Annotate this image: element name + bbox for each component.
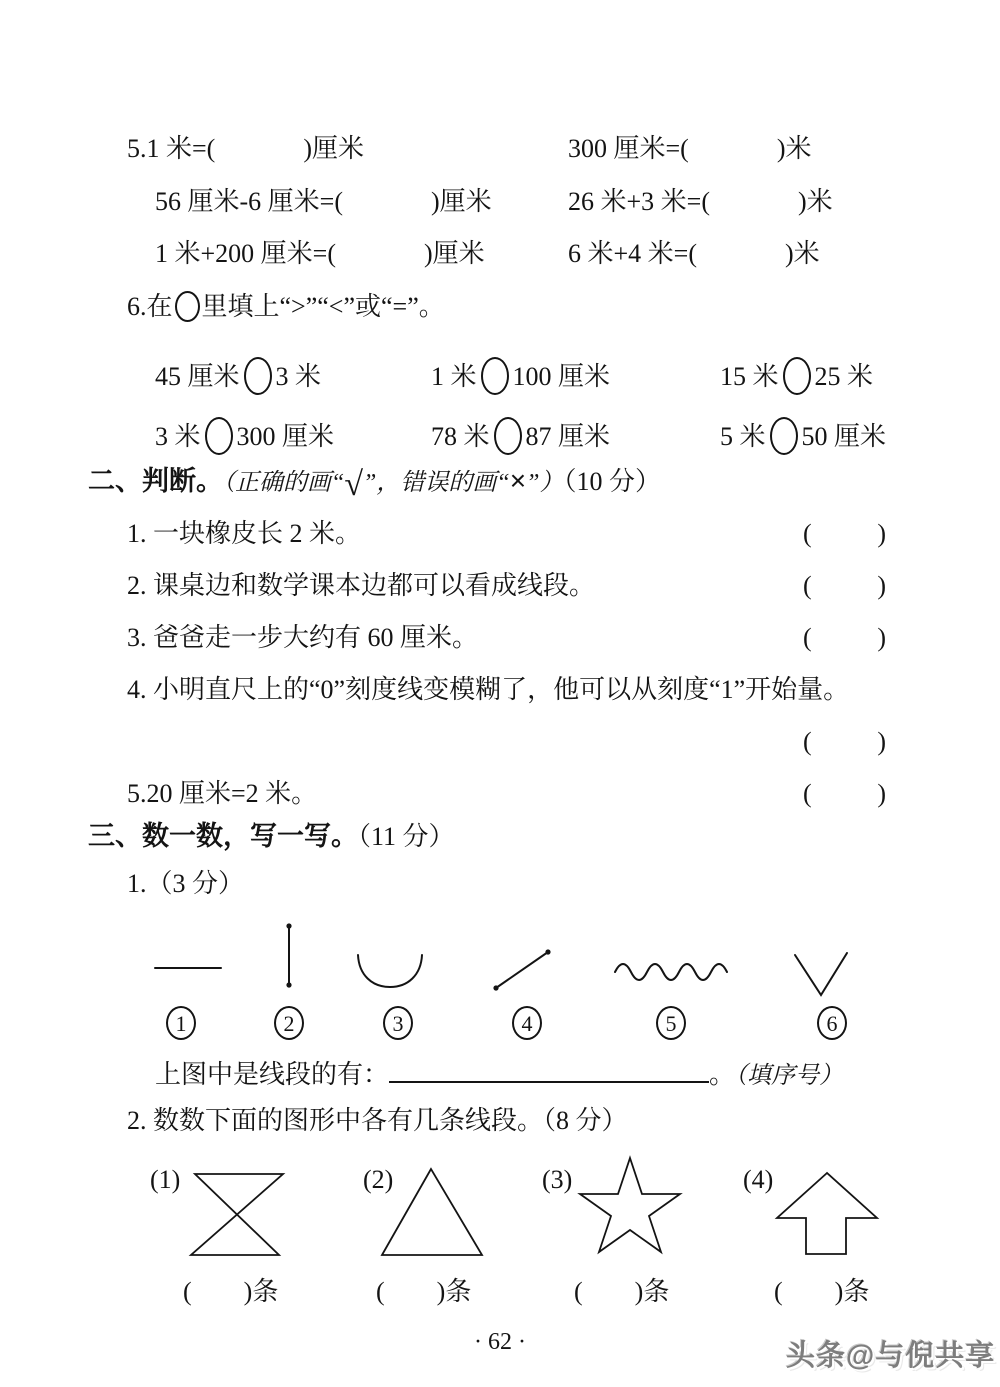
paren-close: ): [877, 570, 886, 603]
section2-note-p1: （正确的画“: [223, 470, 344, 496]
vertical-segment-figure: [286, 923, 291, 987]
q6-r2c1: 3 米300 厘米: [155, 417, 334, 455]
q5-row2-right: 26 米+3 米=()米: [568, 186, 833, 219]
slanted-segment-figure: [493, 949, 550, 990]
circled-number-3: 3: [383, 1006, 413, 1040]
count-q1-label: 1.（3 分）: [127, 868, 244, 901]
unit-label: 条: [843, 1277, 869, 1306]
q5-row3-left-pre: 1 米+200 厘米=(: [155, 239, 336, 268]
q5-row1-right-post: )米: [777, 134, 812, 163]
q6-r1c2-right: 100 厘米: [513, 362, 611, 391]
q5-row1-left: 5.1 米=()厘米: [127, 133, 364, 166]
paren-open: (: [803, 518, 812, 551]
judge-answer-slot-3: (): [803, 622, 886, 655]
section3-title: 三、数一数，写一写。: [88, 821, 358, 851]
q6-heading: 6.在里填上“>”“<”或“=”。: [127, 291, 445, 324]
line-figures-strip: [140, 913, 900, 1003]
judge-item-4: 4. 小明直尺上的“0”刻度线变模糊了，他可以从刻度“1”开始量。: [127, 674, 849, 707]
section3-heading: 三、数一数，写一写。（11 分）: [88, 820, 455, 854]
q6-heading-post: 里填上“>”“<”或“=”。: [202, 292, 445, 321]
paren-open: (: [803, 726, 812, 759]
judge-answer-slot-5: (): [803, 778, 886, 811]
answer-prompt: 上图中是线段的有：: [155, 1060, 389, 1089]
section2-note-p3: ”）: [526, 470, 563, 496]
q6-r1c3: 15 米25 米: [720, 357, 873, 395]
q6-r1c2: 1 米100 厘米: [431, 357, 610, 395]
segment-count-slot-3: ()条: [574, 1276, 669, 1309]
answer-blank-underline: [389, 1055, 709, 1083]
q5-row1-right: 300 厘米=()米: [568, 133, 812, 166]
compare-circle-icon: [244, 357, 272, 395]
paren-open: (: [574, 1277, 583, 1306]
q6-r2c2-right: 87 厘米: [526, 422, 611, 451]
judge-item-3: 3. 爸爸走一步大约有 60 厘米。: [127, 622, 478, 655]
paren-open: (: [803, 570, 812, 603]
section2-score: （10 分）: [563, 467, 661, 496]
q6-r2c3-left: 5 米: [720, 422, 766, 451]
compare-circle-icon: [783, 357, 811, 395]
q6-r1c1: 45 厘米3 米: [155, 357, 321, 395]
hourglass-shape: [191, 1174, 283, 1255]
q6-r1c1-left: 45 厘米: [155, 362, 240, 391]
paren-open: (: [803, 778, 812, 811]
check-mark-icon: √: [344, 466, 363, 503]
count-q1-answer-line: 上图中是线段的有：。（填序号）: [155, 1055, 843, 1092]
count-q2-label: 2. 数数下面的图形中各有几条线段。（8 分）: [127, 1105, 628, 1138]
paren-close: ): [877, 622, 886, 655]
segment-count-slot-2: ()条: [376, 1276, 471, 1309]
compare-circle-icon: [205, 417, 233, 455]
q5-row1-left-pre: 5.1 米=(: [127, 134, 215, 163]
cross-mark-icon: ×: [510, 465, 526, 496]
star-shape: [580, 1158, 680, 1252]
q5-row2-right-post: )米: [798, 187, 833, 216]
q6-r1c3-left: 15 米: [720, 362, 779, 391]
q5-row3-right-pre: 6 米+4 米=(: [568, 239, 697, 268]
segment-count-slot-1: ()条: [183, 1276, 278, 1309]
q5-row3-left: 1 米+200 厘米=()厘米: [155, 238, 485, 271]
paren-close: ): [877, 726, 886, 759]
circled-number-6: 6: [817, 1006, 847, 1040]
q6-r2c2: 78 米87 厘米: [431, 417, 610, 455]
arc-curve-figure: [358, 955, 422, 987]
compare-circle-icon: [770, 417, 798, 455]
paren-close: ): [877, 778, 886, 811]
q6-r1c2-left: 1 米: [431, 362, 477, 391]
segment-count-slot-4: ()条: [774, 1276, 869, 1309]
shapes-strip: [140, 1155, 900, 1260]
paren-close: ): [877, 518, 886, 551]
answer-period: 。: [709, 1060, 735, 1089]
q5-row2-left-post: )厘米: [431, 187, 492, 216]
circled-number-1: 1: [166, 1006, 196, 1040]
judge-item-5: 5.20 厘米=2 米。: [127, 778, 317, 811]
circled-number-4: 4: [512, 1006, 542, 1040]
paren-open: (: [774, 1277, 783, 1306]
q6-r1c1-right: 3 米: [276, 362, 322, 391]
watermark: 头条@与倪共享: [786, 1338, 995, 1374]
answer-note: （填序号）: [735, 1063, 843, 1089]
compare-circle-icon: [481, 357, 509, 395]
judge-item-1: 1. 一块橡皮长 2 米。: [127, 518, 361, 551]
section3-score: （11 分）: [358, 822, 455, 851]
unit-label: 条: [643, 1277, 669, 1306]
paren-open: (: [376, 1277, 385, 1306]
unit-label: 条: [445, 1277, 471, 1306]
triangle-shape: [382, 1169, 482, 1255]
q5-row2-right-pre: 26 米+3 米=(: [568, 187, 710, 216]
q5-row1-right-pre: 300 厘米=(: [568, 134, 689, 163]
arrow-up-shape: [777, 1173, 877, 1254]
q5-row3-right: 6 米+4 米=()米: [568, 238, 820, 271]
q6-r2c1-left: 3 米: [155, 422, 201, 451]
q6-r2c1-right: 300 厘米: [237, 422, 335, 451]
q5-row2-left-pre: 56 厘米-6 厘米=(: [155, 187, 343, 216]
q6-r1c3-right: 25 米: [815, 362, 874, 391]
q6-r2c3-right: 50 厘米: [802, 422, 887, 451]
paren-open: (: [183, 1277, 192, 1306]
q6-heading-pre: 6.在: [127, 292, 173, 321]
unit-label: 条: [252, 1277, 278, 1306]
section2-heading: 二、判断。（正确的画“√”，错误的画“×”）（10 分）: [88, 463, 661, 502]
compare-circle-icon: [494, 417, 522, 455]
q6-r2c2-left: 78 米: [431, 422, 490, 451]
paren-open: (: [803, 622, 812, 655]
judge-answer-slot-4: (): [803, 726, 886, 759]
q5-row2-left: 56 厘米-6 厘米=()厘米: [155, 186, 492, 219]
q6-r2c3: 5 米50 厘米: [720, 417, 886, 455]
section2-note-p2: ”，错误的画“: [363, 470, 510, 496]
judge-answer-slot-2: (): [803, 570, 886, 603]
v-shape-figure: [795, 953, 847, 995]
q5-row1-left-post: )厘米: [303, 134, 364, 163]
q5-row3-right-post: )米: [785, 239, 820, 268]
judge-item-2: 2. 课桌边和数学课本边都可以看成线段。: [127, 570, 595, 603]
compare-circle-icon: [175, 291, 200, 322]
circled-number-5: 5: [656, 1006, 686, 1040]
wavy-line-figure: [615, 964, 727, 980]
section2-title: 二、判断。: [88, 466, 223, 496]
judge-answer-slot-1: (): [803, 518, 886, 551]
circled-number-2: 2: [274, 1006, 304, 1040]
q5-row3-left-post: )厘米: [424, 239, 485, 268]
